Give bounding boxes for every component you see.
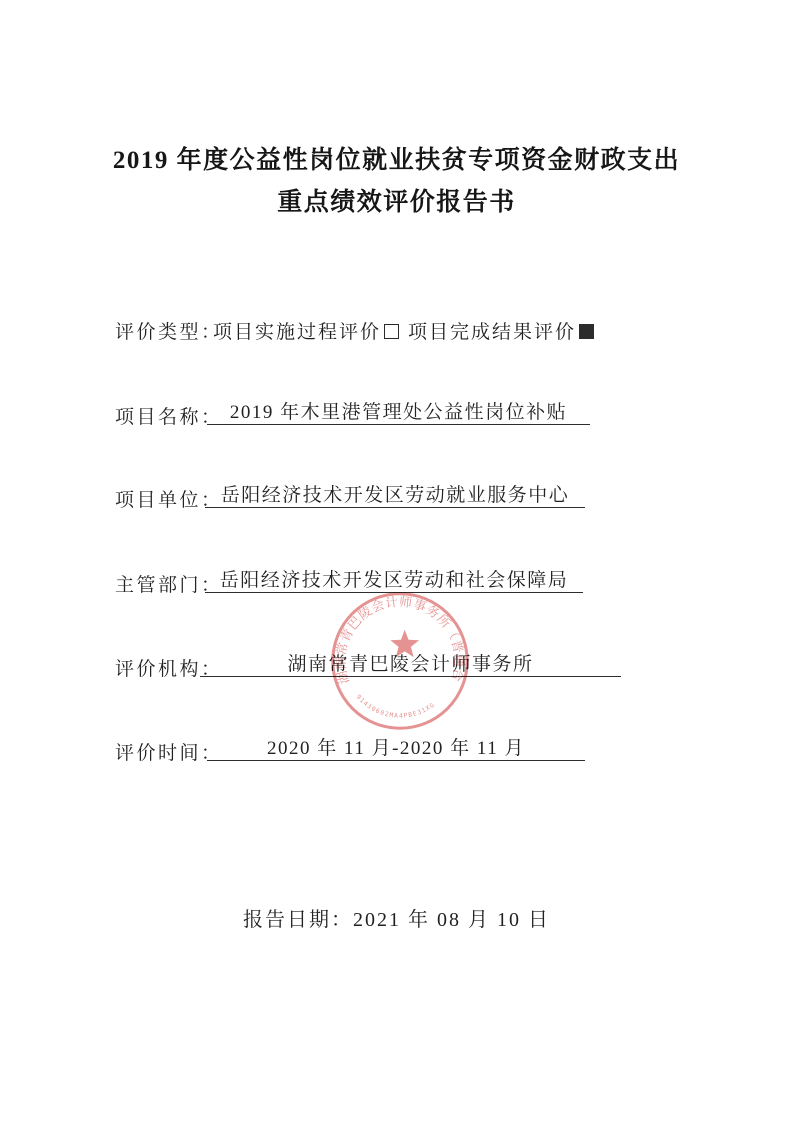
- evaluation-org-value: 湖南常青巴陵会计师事务所: [200, 653, 621, 677]
- checkbox-unchecked-icon: [384, 324, 399, 339]
- report-cover-page: 2019 年度公益性岗位就业扶贫专项资金财政支出 重点绩效评价报告书 评价类型：…: [0, 0, 793, 1121]
- supervising-dept-value: 岳阳经济技术开发区劳动和社会保障局: [205, 569, 583, 593]
- field-evaluation-time: 评价时间： 2020 年 11 月-2020 年 11 月: [0, 738, 793, 764]
- project-unit-value: 岳阳经济技术开发区劳动就业服务中心: [205, 484, 585, 508]
- field-evaluation-org: 评价机构： 湖南常青巴陵会计师事务所: [0, 654, 793, 680]
- field-eval-type: 评价类型： 项目实施过程评价 项目完成结果评价: [0, 317, 793, 343]
- svg-text:91430602MA4PBE31XG: 91430602MA4PBE31XG: [355, 694, 437, 720]
- field-project-unit: 项目单位： 岳阳经济技术开发区劳动就业服务中心: [0, 485, 793, 511]
- eval-type-option-process: 项目实施过程评价: [213, 317, 399, 344]
- eval-type-label: 评价类型：: [115, 317, 223, 344]
- eval-type-option-result: 项目完成结果评价: [408, 317, 594, 344]
- field-supervising-dept: 主管部门： 岳阳经济技术开发区劳动和社会保障局: [0, 570, 793, 596]
- checkbox-checked-icon: [579, 324, 594, 339]
- report-title-line2: 重点绩效评价报告书: [0, 182, 793, 224]
- field-project-name: 项目名称： 2019 年木里港管理处公益性岗位补贴: [0, 402, 793, 428]
- project-name-value: 2019 年木里港管理处公益性岗位补贴: [207, 401, 590, 425]
- report-title: 2019 年度公益性岗位就业扶贫专项资金财政支出 重点绩效评价报告书: [0, 140, 793, 224]
- report-date: 报告日期：2021 年 08 月 10 日: [0, 903, 793, 932]
- stamp-credit-code: 91430602MA4PBE31XG: [355, 694, 437, 720]
- evaluation-time-value: 2020 年 11 月-2020 年 11 月: [207, 737, 585, 761]
- eval-type-option-result-label: 项目完成结果评价: [408, 322, 576, 343]
- eval-type-option-process-label: 项目实施过程评价: [213, 322, 381, 343]
- report-title-line1: 2019 年度公益性岗位就业扶贫专项资金财政支出: [0, 140, 793, 182]
